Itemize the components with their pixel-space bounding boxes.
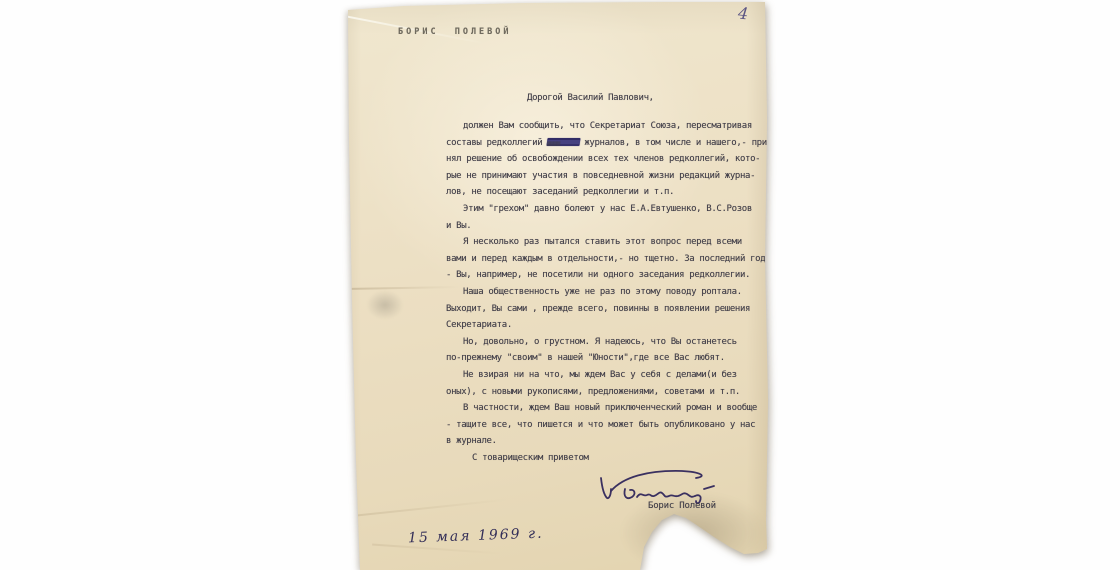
letter-line: В частности, ждем Ваш новый приключенчес… (446, 400, 768, 417)
letter-line: по-прежнему "своим" в нашей "Юности",где… (446, 350, 768, 367)
letter-body: должен Вам сообщить, что Секретариат Сою… (446, 118, 768, 450)
signature-stroke (601, 478, 611, 498)
letter-line: нял решение об освобождении всех тех чле… (446, 151, 768, 168)
letter-line: и Вы. (446, 218, 768, 235)
letter-line: Но, довольно, о грустном. Я надеюсь, что… (446, 334, 768, 351)
signature-stroke (637, 492, 695, 497)
letter-line: вами и перед каждым в отдельности,- но т… (446, 251, 768, 268)
signature-stroke (704, 486, 714, 489)
letter-paper-wrapper: БОРИС ПОЛЕВОЙ 4 Дорогой Василий Павлович… (344, 0, 768, 570)
letterhead-name: БОРИС ПОЛЕВОЙ (398, 27, 512, 37)
letter-line: составы редколлегий████журналов, в том ч… (446, 135, 768, 152)
paper-crease (348, 499, 507, 518)
paper-crease (344, 286, 459, 290)
stain-mark (366, 290, 404, 320)
handwritten-date: 15 мая 1969 г. (408, 526, 544, 547)
signature-stroke (624, 489, 634, 498)
letter-line: лов, не посещают заседаний редколлегии и… (446, 184, 768, 201)
letter-line: должен Вам сообщить, что Секретариат Сою… (446, 118, 768, 135)
letter-line: рые не принимают участия в повседневной … (446, 168, 768, 185)
signature-stroke (611, 471, 702, 491)
handwritten-page-number: 4 (737, 4, 749, 24)
letter-line: - тащите все, что пишется и что может бы… (446, 417, 768, 434)
letter-line-text: журналов, в том числе и нашего,- при- (584, 138, 772, 148)
letter-line: Этим "грехом" давно болеют у нас Е.А.Евт… (446, 201, 768, 218)
letter-line: Выходит, Вы сами , прежде всего, повинны… (446, 301, 768, 318)
letter-paper: БОРИС ПОЛЕВОЙ 4 Дорогой Василий Павлович… (344, 0, 768, 570)
scan-background: БОРИС ПОЛЕВОЙ 4 Дорогой Василий Павлович… (0, 0, 1120, 570)
letter-line-text: составы редколлегий (446, 138, 542, 148)
salutation: Дорогой Василий Павлович, (527, 93, 654, 103)
letter-line: оных), с новыми рукописями, предложениям… (446, 384, 768, 401)
ink-redaction: ████ (547, 138, 581, 146)
letter-line: Я несколько раз пытался ставить этот воп… (446, 234, 768, 251)
typed-signature-name: Борис Полевой (648, 501, 716, 511)
letter-line: - Вы, например, не посетили ни одного за… (446, 267, 768, 284)
letter-line: Секретариата. (446, 317, 768, 334)
closing-salutation: С товарищеским приветом (472, 453, 589, 463)
letter-line: Наша общественность уже не раз по этому … (446, 284, 768, 301)
letter-line: Не взирая ни на что, мы ждем Вас у себя … (446, 367, 768, 384)
letter-line: в журнале. (446, 433, 768, 450)
